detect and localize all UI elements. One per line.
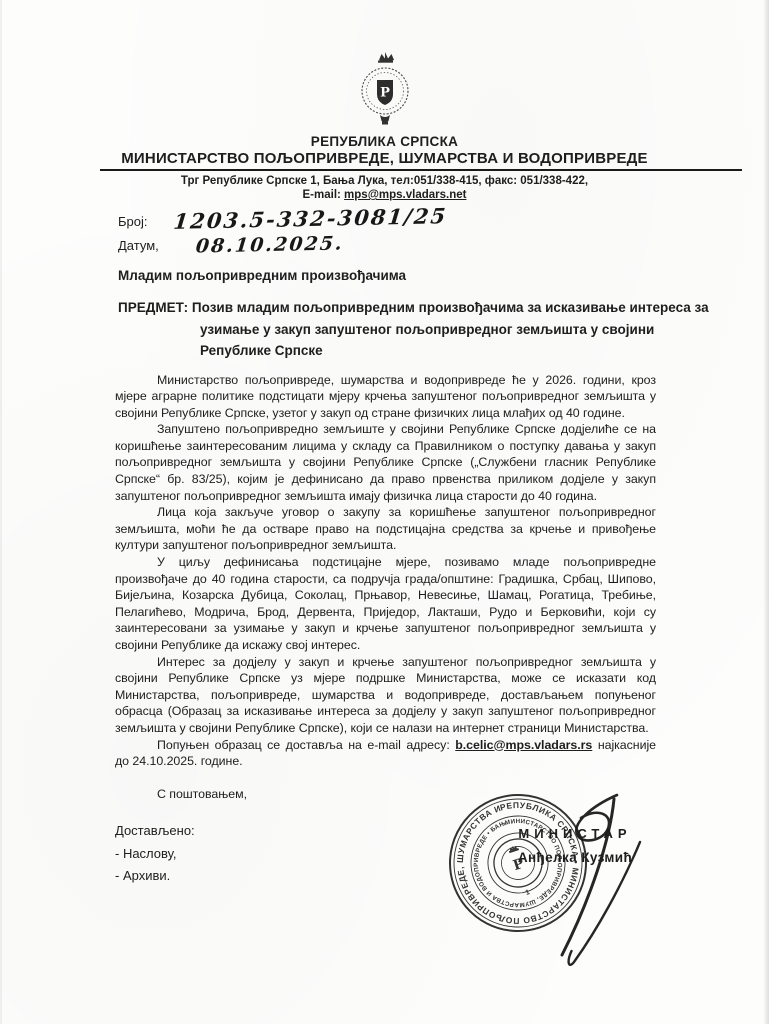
letterhead: Р [0, 50, 769, 131]
document-date-row: Датум,08.10.2025. [118, 234, 769, 258]
paragraph-2: Запуштено пољопривредно земљиште у своји… [115, 421, 656, 504]
subject-text: Позив младим пољопривредним произвођачим… [192, 300, 709, 358]
date-label: Датум, [118, 234, 168, 253]
ministry-address: Трг Републике Српске 1, Бања Лука, тел:0… [0, 174, 769, 188]
paragraph-6: Попуњен образац се доставља на e-mail ад… [115, 737, 656, 770]
ministry-email-line: E-mail: mps@mps.vladars.net [0, 188, 769, 202]
document-meta: Број:1203.5-332-3081/25 Датум,08.10.2025… [118, 210, 769, 258]
subject-block: ПРЕДМЕТ: Позив младим пољопривредним про… [118, 297, 709, 362]
letter-body: Министарство пољопривреде, шумарства и в… [115, 372, 656, 803]
delivered-item: - Наслову, [115, 843, 769, 866]
recipient-line: Младим пољопривредним произвођачима [118, 268, 769, 283]
delivered-block: Достављено: - Наслову, - Архиви. [115, 820, 769, 888]
ministry-title: МИНИСТАРСТВО ПОЉОПРИВРЕДЕ, ШУМАРСТВА И В… [0, 150, 769, 168]
handwritten-date: 08.10.2025. [195, 232, 345, 257]
delivered-label: Достављено: [115, 820, 769, 843]
contact-email-link[interactable]: b.celic@mps.vladars.rs [455, 738, 592, 752]
minister-signature [520, 768, 670, 968]
subject-label: ПРЕДМЕТ: [118, 300, 188, 315]
header-divider [100, 169, 742, 171]
ministry-email-link[interactable]: mps@mps.vladars.net [344, 189, 466, 201]
paragraph-3: Лица која закључе уговор о закупу за кор… [115, 504, 656, 554]
email-label: E-mail: [303, 189, 341, 201]
scan-edge [0, 0, 2, 1024]
paragraph-1: Министарство пољопривреде, шумарства и в… [115, 372, 656, 422]
coat-of-arms-icon: Р [356, 50, 414, 126]
number-label: Број: [118, 210, 168, 229]
paragraph-5: Интерес за додјелу у закуп и крчење запу… [115, 654, 656, 737]
delivered-item: - Архиви. [115, 865, 769, 888]
paragraph-6-text: Попуњен образац се доставља на e-mail ад… [157, 738, 450, 752]
paragraph-4: У циљу дефинисања подстицајне мјере, поз… [115, 554, 656, 654]
document-number-row: Број:1203.5-332-3081/25 [118, 210, 769, 234]
svg-text:Р: Р [380, 86, 390, 101]
handwritten-number: 1203.5-332-3081/25 [172, 203, 448, 234]
republic-title: РЕПУБЛИКА СРПСКА [0, 134, 769, 150]
scanned-letter-page: Р РЕПУБЛИКА СРПСКА МИНИСТАРСТВО ПОЉОПРИВ… [0, 0, 769, 1024]
